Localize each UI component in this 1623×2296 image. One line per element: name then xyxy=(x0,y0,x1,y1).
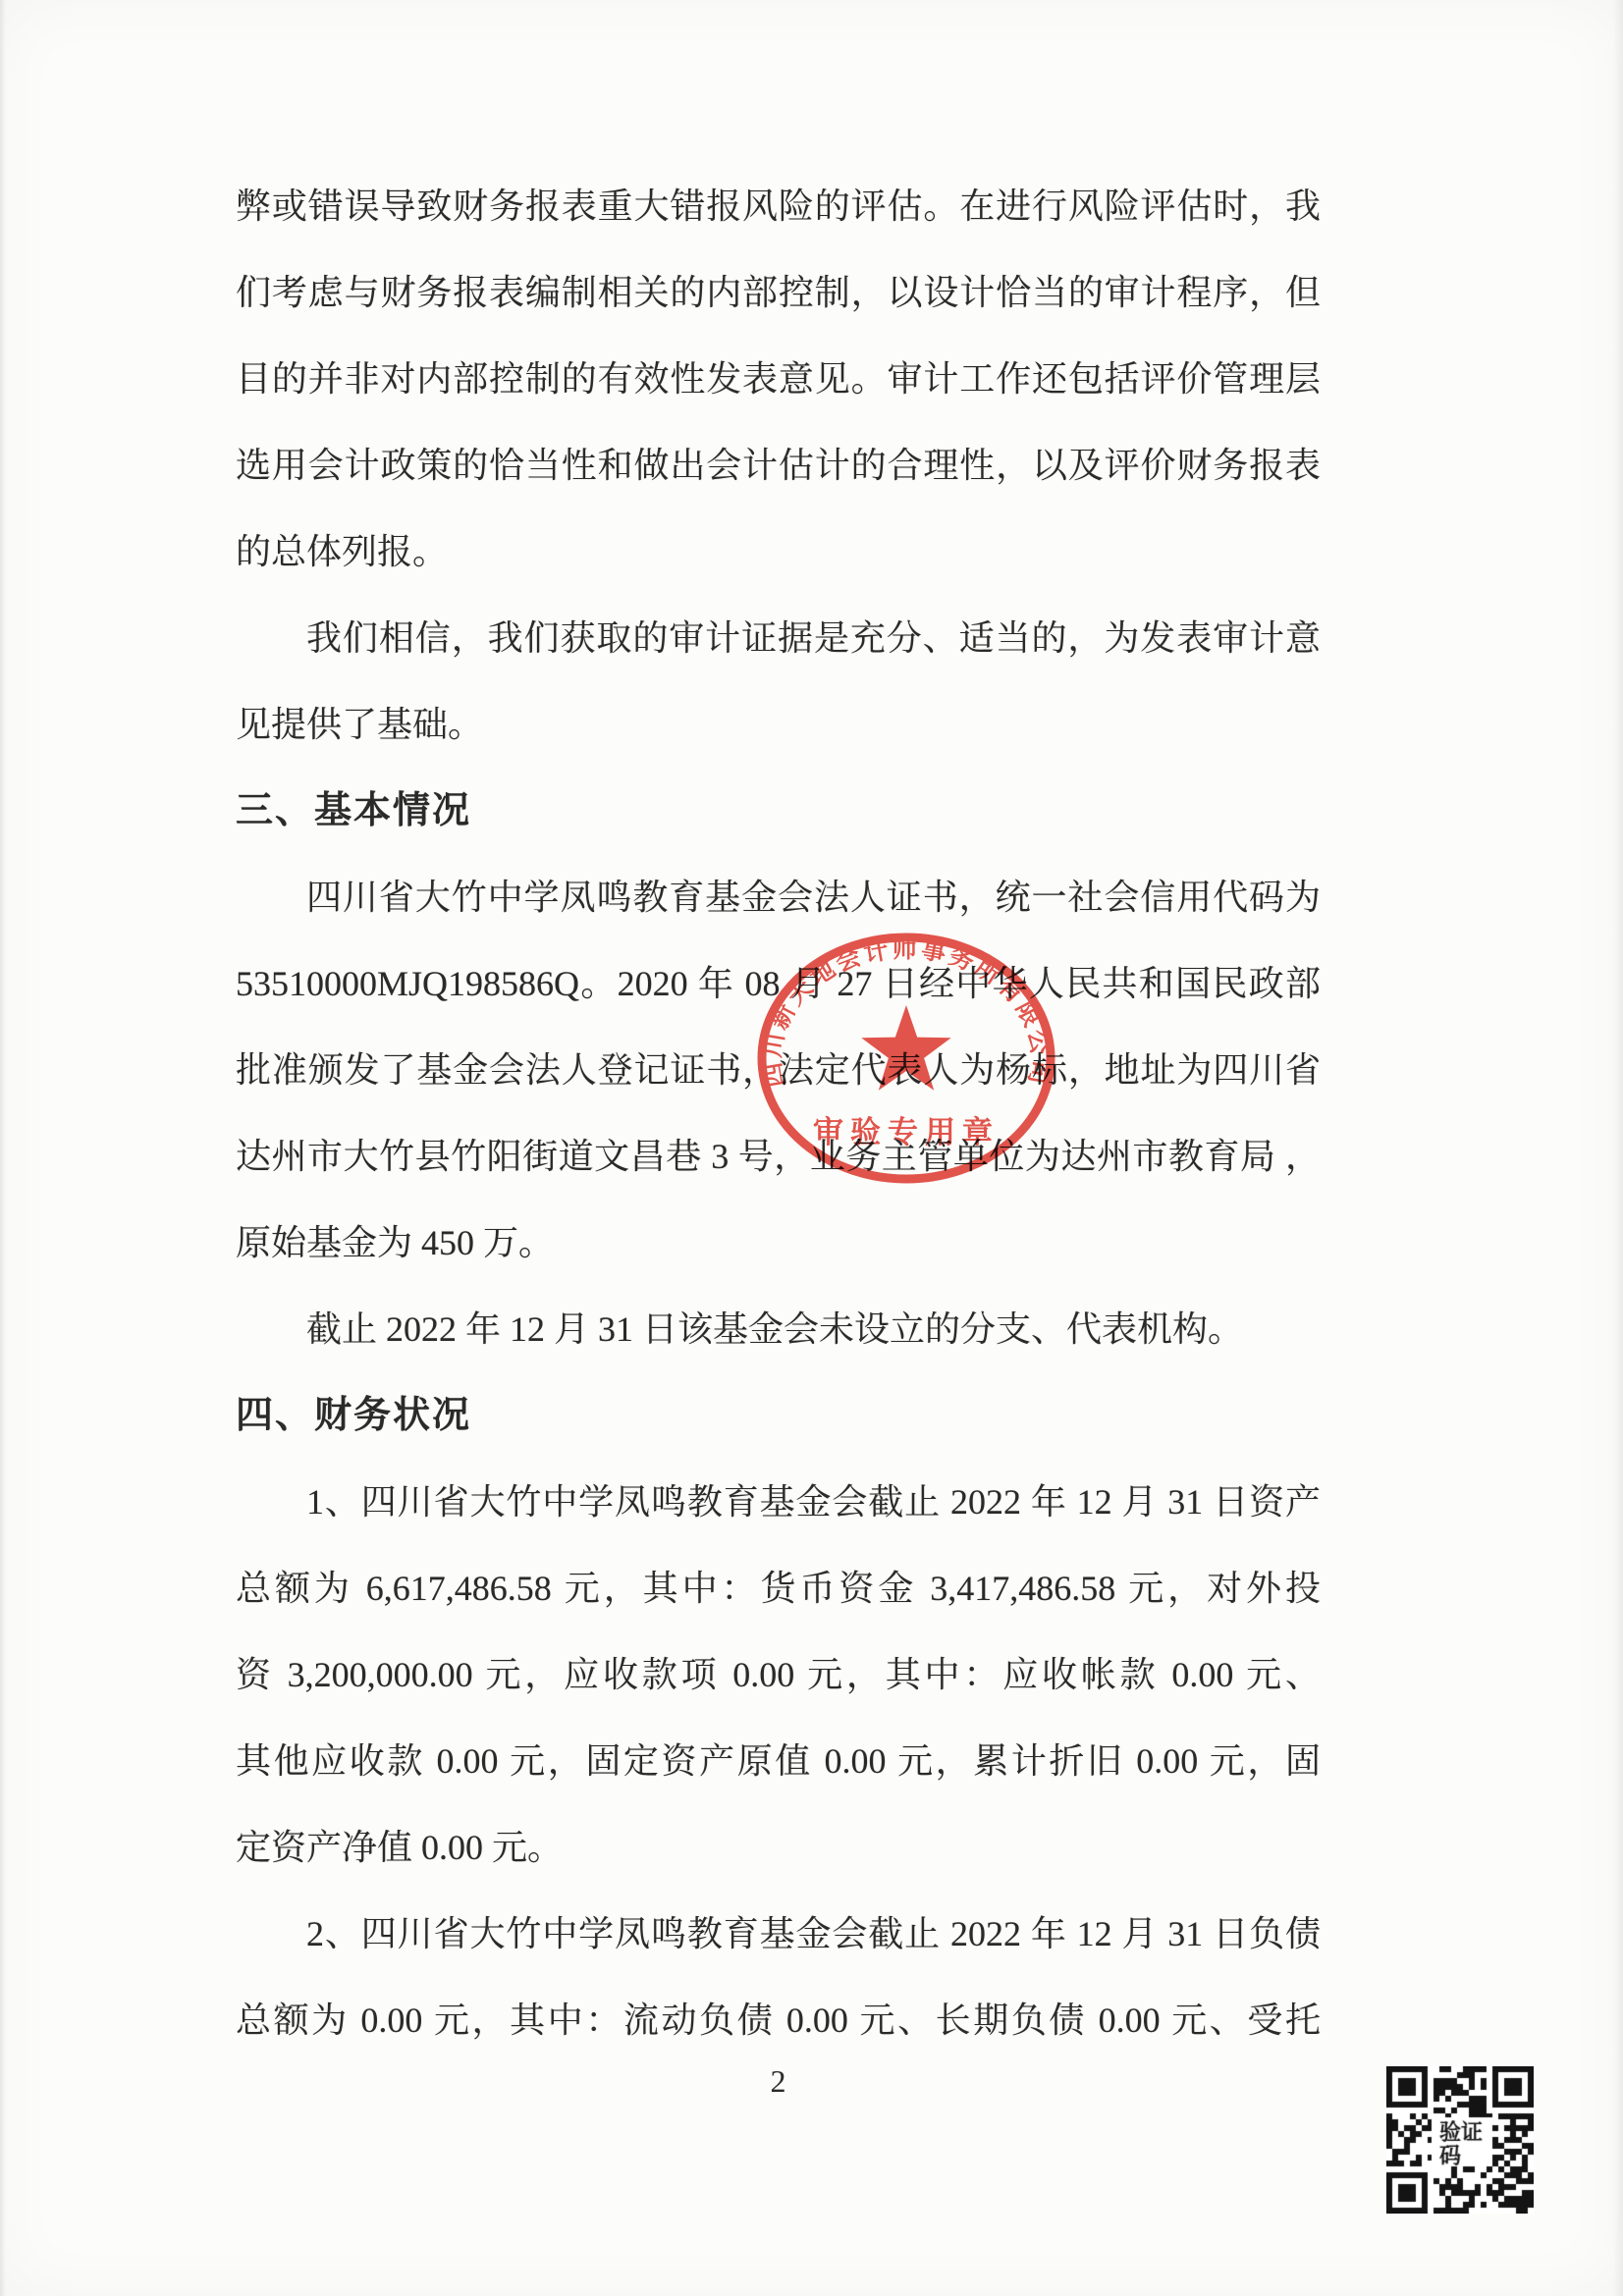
page-number: 2 xyxy=(236,2056,1321,2106)
text-line: 们考虑与财务报表编制相关的内部控制，以设计恰当的审计程序，但 xyxy=(236,249,1321,336)
text-line: 总额为 6,617,486.58 元，其中：货币资金 3,417,486.58 … xyxy=(236,1545,1321,1631)
text-line: 截止 2022 年 12 月 31 日该基金会未设立的分支、代表机构。 xyxy=(236,1286,1321,1372)
text-line: 我们相信，我们获取的审计证据是充分、适当的，为发表审计意 xyxy=(236,595,1321,681)
text-line: 弊或错误导致财务报表重大错报风险的评估。在进行风险评估时，我 xyxy=(236,163,1321,249)
text-line: 其他应收款 0.00 元，固定资产原值 0.00 元，累计折旧 0.00 元，固 xyxy=(236,1718,1321,1804)
text-line: 四川省大竹中学凤鸣教育基金会法人证书，统一社会信用代码为 xyxy=(236,854,1321,940)
section-heading: 三、基本情况 xyxy=(236,768,1321,854)
scan-edge-shadow-right xyxy=(1613,0,1623,2296)
text-line: 见提供了基础。 xyxy=(236,681,1321,768)
auditor-seal: 四川新天地会计师事务所有限公司 审验专用章 xyxy=(754,931,1058,1186)
text-line: 定资产净值 0.00 元。 xyxy=(236,1804,1321,1891)
text-line: 选用会计政策的恰当性和做出会计估计的合理性，以及评价财务报表 xyxy=(236,422,1321,508)
text-line: 原始基金为 450 万。 xyxy=(236,1200,1321,1286)
text-line: 目的并非对内部控制的有效性发表意见。审计工作还包括评价管理层 xyxy=(236,336,1321,422)
text-line: 的总体列报。 xyxy=(236,508,1321,595)
seal-caption: 审验专用章 xyxy=(813,1115,1000,1149)
text-line: 2、四川省大竹中学凤鸣教育基金会截止 2022 年 12 月 31 日负债 xyxy=(236,1891,1321,1977)
text-line: 资 3,200,000.00 元，应收款项 0.00 元，其中：应收帐款 0.0… xyxy=(236,1631,1321,1718)
text-line: 1、四川省大竹中学凤鸣教育基金会截止 2022 年 12 月 31 日资产 xyxy=(236,1459,1321,1545)
star-icon xyxy=(861,1005,950,1091)
qr-code-canvas xyxy=(1386,2066,1534,2214)
document-page: 弊或错误导致财务报表重大错报风险的评估。在进行风险评估时，我 们考虑与财务报表编… xyxy=(0,0,1623,2296)
scan-edge-shadow-left xyxy=(0,0,6,2296)
section-heading: 四、财务状况 xyxy=(236,1372,1321,1459)
text-line: 总额为 0.00 元，其中：流动负债 0.00 元、长期负债 0.00 元、受托 xyxy=(236,1977,1321,2063)
